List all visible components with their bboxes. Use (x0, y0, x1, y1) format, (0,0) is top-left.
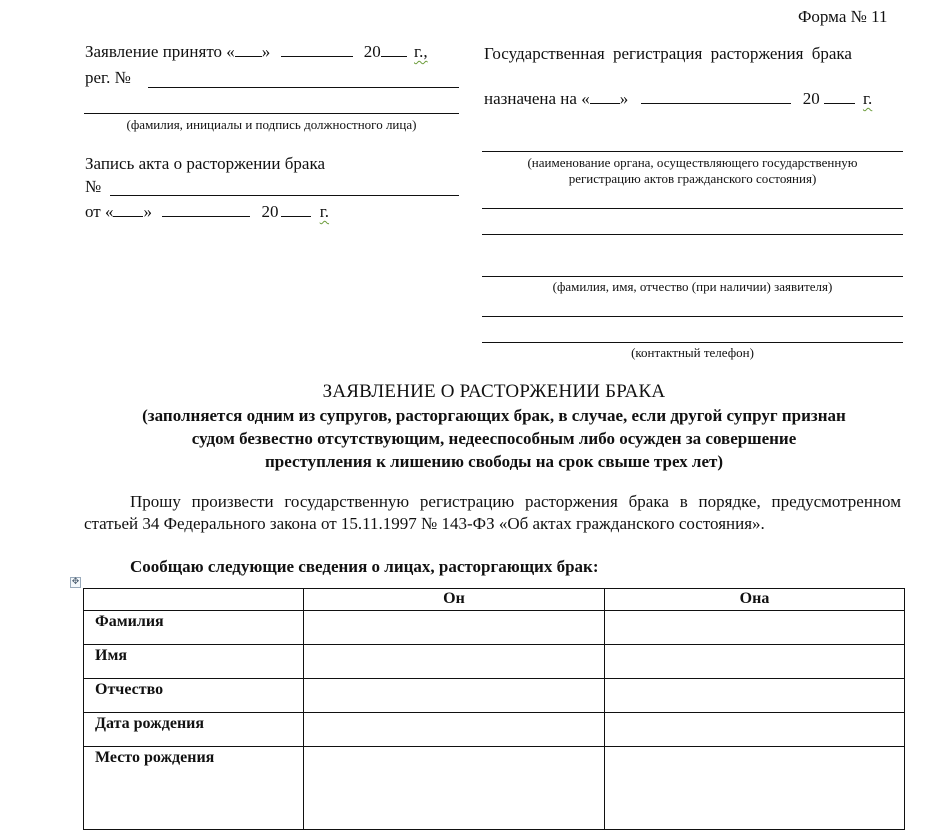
surname-he-cell[interactable] (304, 611, 605, 645)
phone-field[interactable] (482, 342, 903, 343)
act-year-prefix: 20 (261, 202, 278, 221)
act-record-number-field[interactable] (110, 195, 459, 196)
authority-caption-2: регистрацию актов гражданского состояния… (482, 171, 903, 187)
reg-number-field[interactable] (148, 87, 459, 88)
birth-place-she-cell[interactable] (605, 747, 905, 830)
move-handle-icon[interactable]: ✥ (70, 577, 81, 588)
registration-year-field[interactable] (824, 89, 855, 104)
row-label-surname: Фамилия (84, 611, 304, 645)
row-label-name: Имя (84, 645, 304, 679)
accepted-year-suffix: г., (414, 42, 428, 61)
act-record-label: Запись акта о расторжении брака (85, 154, 325, 174)
act-day-field[interactable] (113, 202, 143, 217)
applicant-caption: (фамилия, имя, отчество (при наличии) за… (482, 279, 903, 295)
document-title: ЗАЯВЛЕНИЕ О РАСТОРЖЕНИИ БРАКА (84, 381, 904, 403)
quote-close: » (262, 42, 271, 61)
act-year-field[interactable] (281, 202, 311, 217)
accepted-month-field[interactable] (281, 42, 353, 57)
table-intro: Сообщаю следующие сведения о лицах, раст… (130, 556, 599, 578)
registration-year-suffix: г. (863, 89, 872, 108)
row-label-birth-date: Дата рождения (84, 713, 304, 747)
table-row: Отчество (84, 679, 905, 713)
row-label-birth-place: Место рождения (84, 747, 304, 830)
authority-line-3[interactable] (482, 234, 903, 235)
birth-date-he-cell[interactable] (304, 713, 605, 747)
registration-date-line: назначена на «» 20 г. (484, 89, 872, 109)
patronymic-she-cell[interactable] (605, 679, 905, 713)
name-she-cell[interactable] (605, 645, 905, 679)
registration-year-prefix: 20 (803, 89, 820, 108)
surname-she-cell[interactable] (605, 611, 905, 645)
registration-prefix: назначена на « (484, 89, 590, 108)
subtitle-line-3: преступления к лишению свободы на срок с… (80, 451, 908, 472)
row-label-patronymic: Отчество (84, 679, 304, 713)
accepted-year-prefix: 20 (364, 42, 381, 61)
authority-caption-1: (наименование органа, осуществляющего го… (482, 155, 903, 171)
request-paragraph: Прошу произвести государственную регистр… (84, 491, 901, 535)
patronymic-he-cell[interactable] (304, 679, 605, 713)
accepted-year-field[interactable] (381, 42, 407, 57)
name-he-cell[interactable] (304, 645, 605, 679)
registration-month-field[interactable] (641, 89, 791, 104)
official-signature-field[interactable] (84, 113, 459, 114)
table-row: Дата рождения (84, 713, 905, 747)
applicant-name-field[interactable] (482, 276, 903, 277)
act-month-field[interactable] (162, 202, 250, 217)
act-year-suffix: г. (320, 202, 329, 221)
accepted-day-field[interactable] (235, 42, 262, 57)
authority-name-field[interactable] (482, 151, 903, 152)
header-she: Она (605, 589, 905, 611)
accepted-prefix: Заявление принято « (85, 42, 235, 61)
applicant-line-2[interactable] (482, 316, 903, 317)
quote-close: » (620, 89, 629, 108)
subtitle-line-2: судом безвестно отсутствующим, недееспос… (80, 428, 908, 449)
act-record-number-label: № (85, 177, 101, 197)
registration-label: Государственная регистрация расторжения … (484, 44, 852, 64)
header-he: Он (304, 589, 605, 611)
quote-close: » (143, 202, 152, 221)
subtitle-line-1: (заполняется одним из супругов, расторга… (80, 405, 908, 426)
header-label-column (84, 589, 304, 611)
table-header-row: Он Она (84, 589, 905, 611)
table-row: Фамилия (84, 611, 905, 645)
reg-number-label: рег. № (85, 68, 131, 88)
phone-caption: (контактный телефон) (482, 345, 903, 361)
registration-day-field[interactable] (590, 89, 620, 104)
authority-line-2[interactable] (482, 208, 903, 209)
table-row: Место рождения (84, 747, 905, 830)
birth-place-he-cell[interactable] (304, 747, 605, 830)
persons-table: Он Она Фамилия Имя Отчество Дата рождени… (83, 588, 905, 830)
form-number: Форма № 11 (798, 7, 887, 27)
act-from-prefix: от « (85, 202, 113, 221)
official-signature-caption: (фамилия, инициалы и подпись должностног… (84, 117, 459, 133)
accepted-line: Заявление принято «» 20 г., (85, 42, 428, 62)
act-record-date-line: от «» 20 г. (85, 202, 329, 222)
table-row: Имя (84, 645, 905, 679)
birth-date-she-cell[interactable] (605, 713, 905, 747)
